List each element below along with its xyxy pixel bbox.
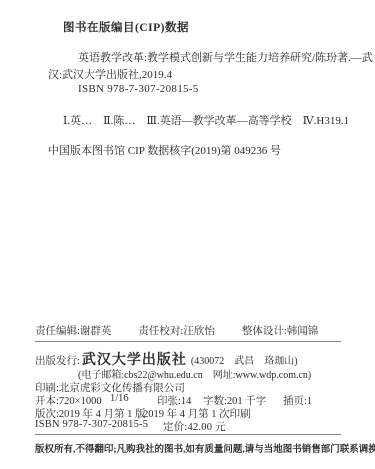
copyright-notice: 版权所有,不得翻印;凡购我社的图书,如有质量问题,请与当地图书销售部门联系调换。 bbox=[35, 441, 341, 455]
divider-top bbox=[35, 341, 341, 342]
cip-record-number: 中国版本图书馆 CIP 数据核字(2019)第 049236 号 bbox=[48, 142, 281, 158]
divider-bottom bbox=[35, 434, 341, 435]
spec-inserts: 插页:1 bbox=[283, 393, 312, 408]
credit-designer: 整体设计:韩闻锦 bbox=[242, 323, 318, 338]
publisher-label: 出版发行: bbox=[35, 356, 80, 367]
cip-classification: Ⅰ.英… Ⅱ.陈… Ⅲ.英语—教学改革—高等学校 Ⅳ.H319.1 bbox=[63, 112, 349, 128]
cip-record-line-2: 汉:武汉大学出版社,2019.4 bbox=[48, 66, 172, 82]
credits-row: 责任编辑:谢群英 责任校对:汪欣怡 整体设计:韩闻锦 bbox=[35, 323, 318, 338]
cip-heading: 图书在版编目(CIP)数据 bbox=[63, 19, 189, 35]
credit-editor: 责任编辑:谢群英 bbox=[35, 323, 111, 338]
copyright-page: 图书在版编目(CIP)数据 英语教学改革:教学模式创新与学生能力培养研究/陈玢著… bbox=[0, 0, 375, 469]
price: 定价:42.00 元 bbox=[163, 419, 226, 434]
isbn-price-row: ISBN 978-7-307-20815-5 定价:42.00 元 bbox=[35, 419, 226, 434]
isbn-number: ISBN 978-7-307-20815-5 bbox=[35, 419, 163, 434]
cip-record-line-1: 英语教学改革:教学模式创新与学生能力培养研究/陈玢著.—武 bbox=[78, 49, 373, 65]
cip-isbn: ISBN 978-7-307-20815-5 bbox=[78, 83, 199, 95]
publisher-contact: (电子邮箱:cbs22@whu.edu.cn 网址:www.wdp.com.cn… bbox=[78, 366, 311, 381]
credit-proofreader: 责任校对:汪欣怡 bbox=[138, 323, 214, 338]
